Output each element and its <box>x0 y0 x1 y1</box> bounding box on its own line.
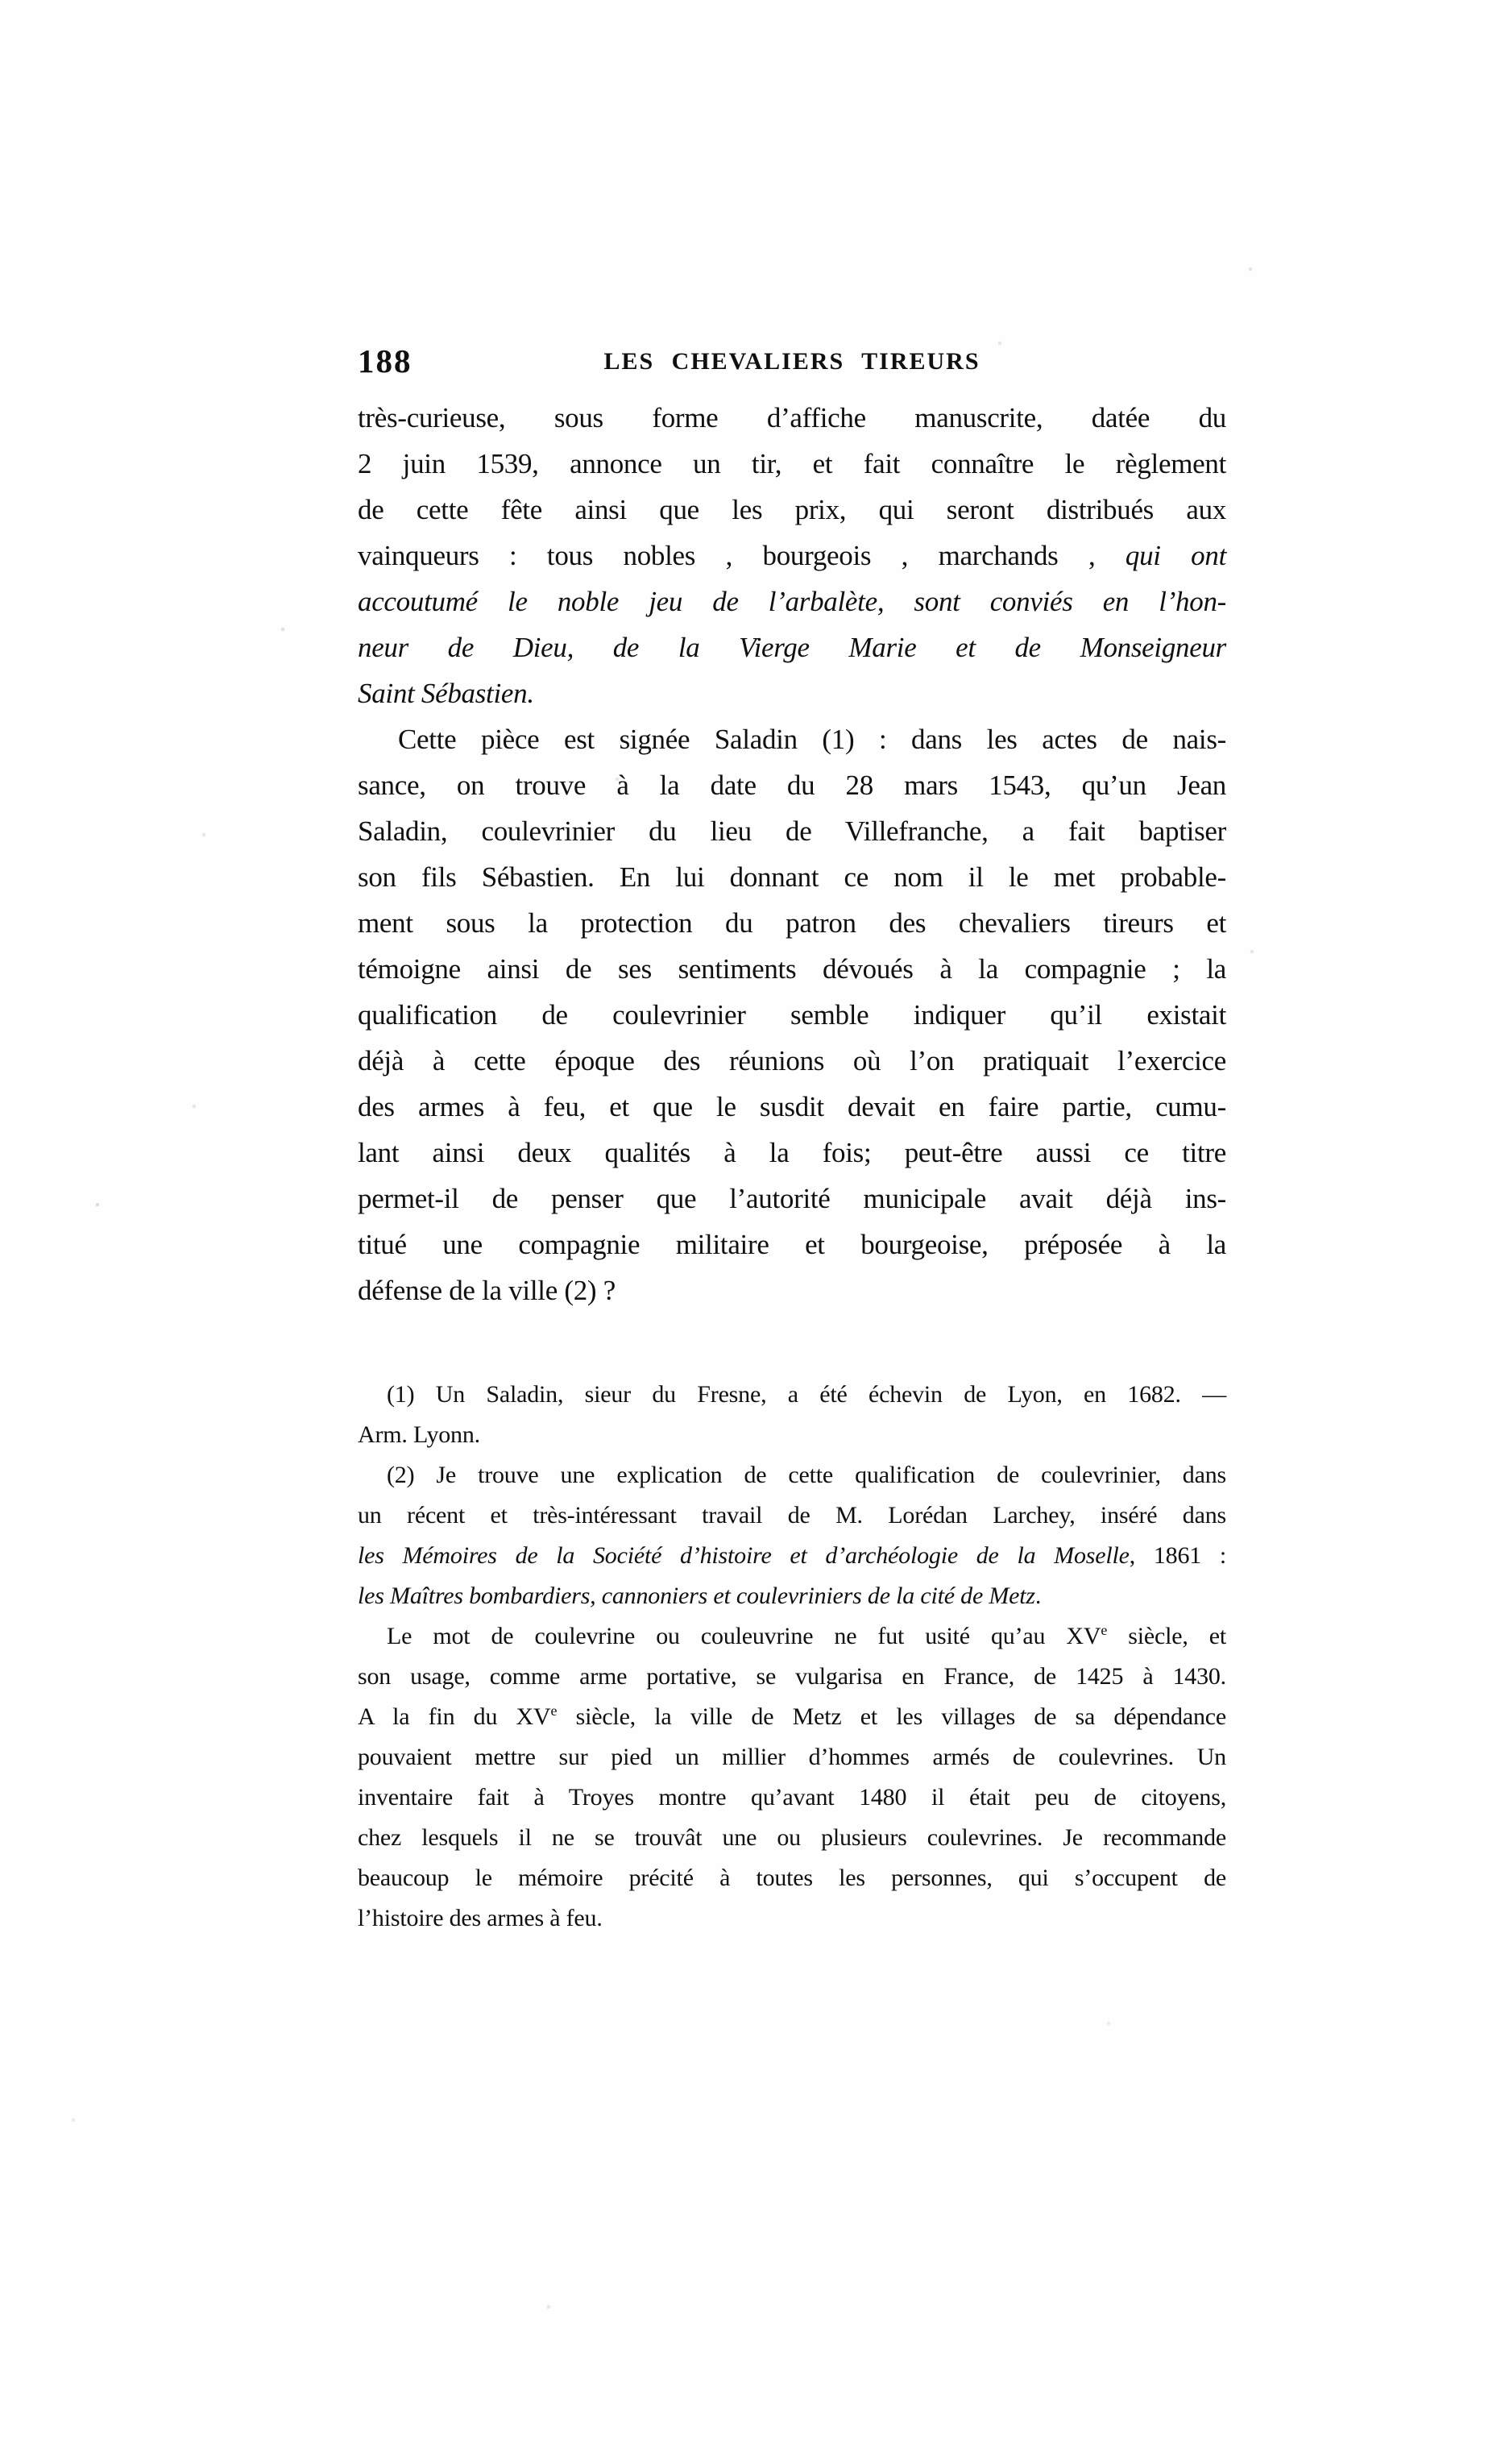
text-segment: son usage, comme arme portative, se vulg… <box>358 1663 1226 1690</box>
text-line: pouvaient mettre sur pied un millier d’h… <box>358 1737 1226 1777</box>
text-segment: titué une compagnie militaire et bourgeo… <box>358 1229 1226 1260</box>
text-line: titué une compagnie militaire et bourgeo… <box>358 1222 1226 1267</box>
text-segment: A la fin du XV <box>358 1703 551 1730</box>
text-line: ment sous la protection du patron des ch… <box>358 900 1226 946</box>
text-line: témoigne ainsi de ses sentiments dévoués… <box>358 946 1226 992</box>
text-segment: de cette fête ainsi que les prix, qui se… <box>358 494 1226 525</box>
text-line: permet-il de penser que l’autorité munic… <box>358 1176 1226 1222</box>
text-segment: permet-il de penser que l’autorité munic… <box>358 1183 1226 1214</box>
text-segment: déjà à cette époque des réunions où l’on… <box>358 1045 1226 1076</box>
text-line: déjà à cette époque des réunions où l’on… <box>358 1038 1226 1084</box>
text-line: très-curieuse, sous forme d’affiche manu… <box>358 395 1226 441</box>
text-segment: lant ainsi deux qualités à la fois; peut… <box>358 1137 1226 1168</box>
text-segment: des armes à feu, et que le susdit devait… <box>358 1091 1226 1122</box>
text-line: chez lesquels il ne se trouvât une ou pl… <box>358 1818 1226 1858</box>
text-line: 2 juin 1539, annonce un tir, et fait con… <box>358 441 1226 487</box>
italic-text-segment: les Maîtres bombardiers, cannoniers et c… <box>358 1583 1035 1609</box>
text-segment: Le mot de coulevrine ou couleuvrine ne f… <box>387 1623 1101 1649</box>
text-segment: siècle, la ville de Metz et les villages… <box>557 1703 1226 1730</box>
text-line: neur de Dieu, de la Vierge Marie et de M… <box>358 624 1226 670</box>
text-line: Cette pièce est signée Saladin (1) : dan… <box>358 716 1226 762</box>
text-segment: Arm. Lyonn. <box>358 1421 480 1448</box>
text-line: accoutumé le noble jeu de l’arbalète, so… <box>358 579 1226 624</box>
text-line: Saint Sébastien. <box>358 670 1226 716</box>
text-segment: , 1861 : <box>1130 1542 1226 1569</box>
text-line: les Mémoires de la Société d’histoire et… <box>358 1536 1226 1576</box>
text-segment: e <box>1101 1622 1107 1638</box>
text-segment: défense de la ville (2) ? <box>358 1275 616 1306</box>
text-line: un récent et très-intéressant travail de… <box>358 1495 1226 1536</box>
text-line: A la fin du XVe siècle, la ville de Metz… <box>358 1697 1226 1737</box>
text-line: son usage, comme arme portative, se vulg… <box>358 1657 1226 1697</box>
text-line: sance, on trouve à la date du 28 mars 15… <box>358 762 1226 808</box>
scan-specks <box>0 0 2 2</box>
text-segment: qualification de coulevrinier semble ind… <box>358 999 1226 1031</box>
text-segment: chez lesquels il ne se trouvât une ou pl… <box>358 1824 1226 1851</box>
text-segment: . <box>1035 1583 1041 1609</box>
text-line: Le mot de coulevrine ou couleuvrine ne f… <box>358 1616 1226 1657</box>
body-text: très-curieuse, sous forme d’affiche manu… <box>358 395 1226 1313</box>
italic-text-segment: accoutumé le noble jeu de l’arbalète, so… <box>358 586 1226 617</box>
italic-text-segment: neur de Dieu, de la Vierge Marie et de M… <box>358 632 1226 663</box>
page-number: 188 <box>358 342 412 380</box>
text-segment: inventaire fait à Troyes montre qu’avant… <box>358 1784 1226 1811</box>
italic-text-segment: qui ont <box>1126 540 1226 571</box>
text-segment: siècle, et <box>1107 1623 1226 1649</box>
text-segment: pouvaient mettre sur pied un millier d’h… <box>358 1744 1226 1770</box>
text-line: Saladin, coulevrinier du lieu de Villefr… <box>358 808 1226 854</box>
text-segment: (1) Un Saladin, sieur du Fresne, a été é… <box>387 1381 1226 1408</box>
text-line: les Maîtres bombardiers, cannoniers et c… <box>358 1576 1226 1616</box>
text-line: des armes à feu, et que le susdit devait… <box>358 1084 1226 1130</box>
text-line: lant ainsi deux qualités à la fois; peut… <box>358 1130 1226 1176</box>
text-line: qualification de coulevrinier semble ind… <box>358 992 1226 1038</box>
text-line: défense de la ville (2) ? <box>358 1267 1226 1313</box>
text-segment: ment sous la protection du patron des ch… <box>358 907 1226 939</box>
footnotes-section: (1) Un Saladin, sieur du Fresne, a été é… <box>358 1375 1226 1939</box>
text-segment: sance, on trouve à la date du 28 mars 15… <box>358 769 1226 801</box>
text-line: l’histoire des armes à feu. <box>358 1898 1226 1939</box>
text-line: (2) Je trouve une explication de cette q… <box>358 1455 1226 1495</box>
italic-text-segment: les Mémoires de la Société d’histoire et… <box>358 1542 1130 1569</box>
running-title: LES CHEVALIERS TIREURS <box>358 342 1226 375</box>
scanned-book-page: 188 LES CHEVALIERS TIREURS très-curieuse… <box>0 0 1509 2464</box>
text-line: Arm. Lyonn. <box>358 1415 1226 1455</box>
text-segment: très-curieuse, sous forme d’affiche manu… <box>358 402 1226 433</box>
text-segment: vainqueurs : tous nobles , bourgeois , m… <box>358 540 1126 571</box>
text-segment: beaucoup le mémoire précité à toutes les… <box>358 1865 1226 1891</box>
text-segment: (2) Je trouve une explication de cette q… <box>387 1462 1226 1488</box>
text-segment: Cette pièce est signée Saladin (1) : dan… <box>398 724 1226 755</box>
text-line: vainqueurs : tous nobles , bourgeois , m… <box>358 533 1226 579</box>
italic-text-segment: Saint Sébastien. <box>358 678 534 709</box>
text-segment: témoigne ainsi de ses sentiments dévoués… <box>358 953 1226 985</box>
text-segment: l’histoire des armes à feu. <box>358 1905 603 1931</box>
text-segment: un récent et très-intéressant travail de… <box>358 1502 1226 1529</box>
text-line: son fils Sébastien. En lui donnant ce no… <box>358 854 1226 900</box>
text-line: inventaire fait à Troyes montre qu’avant… <box>358 1777 1226 1818</box>
text-segment: Saladin, coulevrinier du lieu de Villefr… <box>358 815 1226 847</box>
text-line: de cette fête ainsi que les prix, qui se… <box>358 487 1226 533</box>
text-line: beaucoup le mémoire précité à toutes les… <box>358 1858 1226 1898</box>
text-segment: 2 juin 1539, annonce un tir, et fait con… <box>358 448 1226 479</box>
text-line: (1) Un Saladin, sieur du Fresne, a été é… <box>358 1375 1226 1415</box>
text-segment: son fils Sébastien. En lui donnant ce no… <box>358 861 1226 893</box>
page-header: 188 LES CHEVALIERS TIREURS <box>358 342 1226 385</box>
